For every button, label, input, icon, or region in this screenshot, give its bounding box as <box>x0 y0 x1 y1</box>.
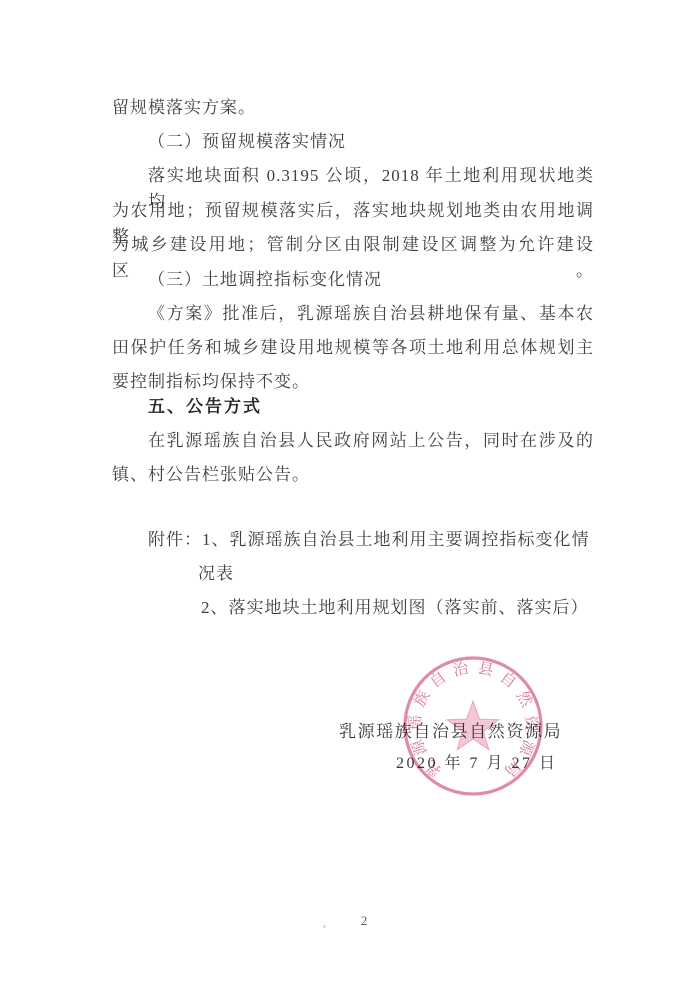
official-seal: 乳源瑶族自治县自然资源局 <box>384 637 562 815</box>
body-line: 在乳源瑶族自治县人民政府网站上公告，同时在涉及的 <box>112 428 594 454</box>
body-line-subheading: （二）预留规模落实情况 <box>112 129 594 155</box>
body-line: 为城乡建设用地；管制分区由限制建设区调整为允许建设区。 <box>112 232 594 258</box>
body-line: 为农用地；预留规模落实后，落实地块规划地类由农用地调整 <box>112 198 594 224</box>
body-line: 留规模落实方案。 <box>112 95 594 121</box>
document-page: 留规模落实方案。 （二）预留规模落实情况 落实地块面积 0.3195 公顷，20… <box>0 0 700 989</box>
section-heading: 五、公告方式 <box>112 394 594 420</box>
attachment-line: 附件：1、乳源瑶族自治县土地利用主要调控指标变化情 <box>148 527 590 553</box>
page-number: 2 <box>352 913 376 929</box>
body-line: 落实地块面积 0.3195 公顷，2018 年土地利用现状地类均 <box>112 163 594 189</box>
scan-speck <box>323 925 326 928</box>
attachment-line: 2、落实地块土地利用规划图（落实前、落实后） <box>201 595 589 621</box>
star-icon <box>447 701 498 750</box>
body-line: 田保护任务和城乡建设用地规模等各项土地利用总体规划主 <box>112 335 594 361</box>
body-line: 《方案》批准后，乳源瑶族自治县耕地保有量、基本农 <box>112 301 594 327</box>
body-line-subheading: （三）土地调控指标变化情况 <box>112 267 594 293</box>
body-line: 镇、村公告栏张贴公告。 <box>112 462 594 488</box>
body-line: 要控制指标均保持不变。 <box>112 369 594 395</box>
attachment-line: 况表 <box>198 561 234 587</box>
